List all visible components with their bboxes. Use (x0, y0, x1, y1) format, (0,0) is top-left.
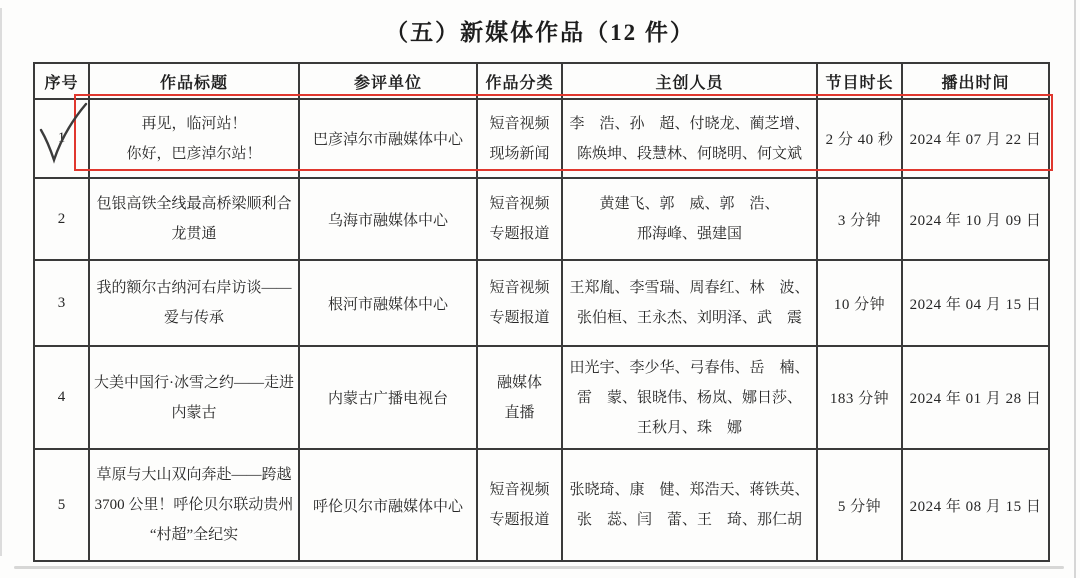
cell-creators: 黄建飞、郭 威、郭 浩、 邢海峰、强建国 (562, 178, 817, 260)
cell-no: 5 (34, 449, 89, 561)
checkmark-icon (36, 100, 90, 168)
cell-creators: 李 浩、孙 超、付晓龙、蔺芝增、 陈焕坤、段慧林、何晓明、何文斌 (562, 99, 817, 178)
cell-duration: 5 分钟 (817, 449, 902, 561)
cell-unit: 乌海市融媒体中心 (299, 178, 477, 260)
cell-category: 短音视频 专题报道 (477, 449, 562, 561)
creators-line: 王秋月、珠 娜 (566, 413, 813, 443)
table-row: 1 再见，临河站！ 你好，巴彦淖尔站！ 巴彦淖尔市融媒体中心 短音视频 现场新闻… (34, 99, 1049, 178)
creators-line: 张伯桓、王永杰、刘明泽、武 震 (566, 303, 813, 333)
title-line: 龙贯通 (93, 219, 295, 249)
creators-line: 雷 蒙、银晓伟、杨岚、娜日莎、 (566, 383, 813, 413)
cell-category: 短音视频 专题报道 (477, 260, 562, 346)
cell-title: 我的额尔古纳河右岸访谈—— 爱与传承 (89, 260, 299, 346)
cell-unit: 呼伦贝尔市融媒体中心 (299, 449, 477, 561)
category-line: 短音视频 (481, 189, 558, 219)
table-row: 4 大美中国行·冰雪之约——走进 内蒙古 内蒙古广播电视台 融媒体 直播 田光宇… (34, 346, 1049, 449)
title-line: “村超”全纪实 (93, 520, 295, 550)
scanned-page: （五）新媒体作品（12 件） 序号 作品标题 参评单位 作品分类 主创人员 节目… (0, 0, 1080, 578)
cell-title: 再见，临河站！ 你好，巴彦淖尔站！ (89, 99, 299, 178)
cell-no: 2 (34, 178, 89, 260)
header-row: 序号 作品标题 参评单位 作品分类 主创人员 节目时长 播出时间 (34, 63, 1049, 99)
cell-airdate: 2024 年 08 月 15 日 (902, 449, 1049, 561)
cell-category: 融媒体 直播 (477, 346, 562, 449)
cell-airdate: 2024 年 04 月 15 日 (902, 260, 1049, 346)
col-header-title: 作品标题 (89, 63, 299, 99)
title-line: 爱与传承 (93, 303, 295, 333)
creators-line: 王郑胤、李雪瑞、周春红、林 波、 (566, 273, 813, 303)
cell-creators: 王郑胤、李雪瑞、周春红、林 波、 张伯桓、王永杰、刘明泽、武 震 (562, 260, 817, 346)
cell-airdate: 2024 年 01 月 28 日 (902, 346, 1049, 449)
category-line: 短音视频 (481, 109, 558, 139)
cell-duration: 183 分钟 (817, 346, 902, 449)
col-header-duration: 节目时长 (817, 63, 902, 99)
category-line: 现场新闻 (481, 139, 558, 169)
creators-line: 陈焕坤、段慧林、何晓明、何文斌 (566, 139, 813, 169)
creators-line: 张晓琦、康 健、郑浩天、蒋铁英、 (566, 475, 813, 505)
cell-no: 3 (34, 260, 89, 346)
cell-unit: 根河市融媒体中心 (299, 260, 477, 346)
category-line: 短音视频 (481, 475, 558, 505)
creators-line: 张 蕊、闫 蕾、王 琦、那仁胡 (566, 505, 813, 535)
cell-title: 草原与大山双向奔赴——跨越 3700 公里！呼伦贝尔联动贵州 “村超”全纪实 (89, 449, 299, 561)
table-row: 5 草原与大山双向奔赴——跨越 3700 公里！呼伦贝尔联动贵州 “村超”全纪实… (34, 449, 1049, 561)
awards-table: 序号 作品标题 参评单位 作品分类 主创人员 节目时长 播出时间 1 再见，临河… (33, 62, 1050, 562)
creators-line: 黄建飞、郭 威、郭 浩、 (566, 189, 813, 219)
category-line: 融媒体 (481, 368, 558, 398)
table-row: 2 包银高铁全线最高桥梁顺利合 龙贯通 乌海市融媒体中心 短音视频 专题报道 黄… (34, 178, 1049, 260)
category-line: 直播 (481, 398, 558, 428)
title-line: 3700 公里！呼伦贝尔联动贵州 (93, 490, 295, 520)
cell-no: 4 (34, 346, 89, 449)
cell-duration: 3 分钟 (817, 178, 902, 260)
col-header-category: 作品分类 (477, 63, 562, 99)
title-line: 大美中国行·冰雪之约——走进 (93, 368, 295, 398)
col-header-airdate: 播出时间 (902, 63, 1049, 99)
creators-line: 邢海峰、强建国 (566, 219, 813, 249)
cell-unit: 巴彦淖尔市融媒体中心 (299, 99, 477, 178)
col-header-creators: 主创人员 (562, 63, 817, 99)
col-header-unit: 参评单位 (299, 63, 477, 99)
creators-line: 李 浩、孙 超、付晓龙、蔺芝增、 (566, 109, 813, 139)
cell-creators: 张晓琦、康 健、郑浩天、蒋铁英、 张 蕊、闫 蕾、王 琦、那仁胡 (562, 449, 817, 561)
cell-title: 大美中国行·冰雪之约——走进 内蒙古 (89, 346, 299, 449)
category-line: 专题报道 (481, 505, 558, 535)
page-title: （五）新媒体作品（12 件） (0, 14, 1080, 47)
title-line: 再见，临河站！ (93, 109, 295, 139)
creators-line: 田光宇、李少华、弓春伟、岳 楠、 (566, 353, 813, 383)
cell-unit: 内蒙古广播电视台 (299, 346, 477, 449)
title-line: 你好，巴彦淖尔站！ (93, 139, 295, 169)
cell-title: 包银高铁全线最高桥梁顺利合 龙贯通 (89, 178, 299, 260)
cell-duration: 2 分 40 秒 (817, 99, 902, 178)
title-line: 包银高铁全线最高桥梁顺利合 (93, 189, 295, 219)
table-row: 3 我的额尔古纳河右岸访谈—— 爱与传承 根河市融媒体中心 短音视频 专题报道 … (34, 260, 1049, 346)
cell-duration: 10 分钟 (817, 260, 902, 346)
category-line: 专题报道 (481, 303, 558, 333)
category-line: 专题报道 (481, 219, 558, 249)
scan-edge-left (0, 8, 2, 556)
col-header-no: 序号 (34, 63, 89, 99)
cell-airdate: 2024 年 07 月 22 日 (902, 99, 1049, 178)
title-line: 内蒙古 (93, 398, 295, 428)
title-line: 草原与大山双向奔赴——跨越 (93, 460, 295, 490)
title-line: 我的额尔古纳河右岸访谈—— (93, 273, 295, 303)
scan-edge-right (1074, 0, 1076, 578)
cell-category: 短音视频 专题报道 (477, 178, 562, 260)
cell-creators: 田光宇、李少华、弓春伟、岳 楠、 雷 蒙、银晓伟、杨岚、娜日莎、 王秋月、珠 娜 (562, 346, 817, 449)
cell-category: 短音视频 现场新闻 (477, 99, 562, 178)
scan-edge-bottom (14, 566, 1064, 569)
category-line: 短音视频 (481, 273, 558, 303)
cell-airdate: 2024 年 10 月 09 日 (902, 178, 1049, 260)
